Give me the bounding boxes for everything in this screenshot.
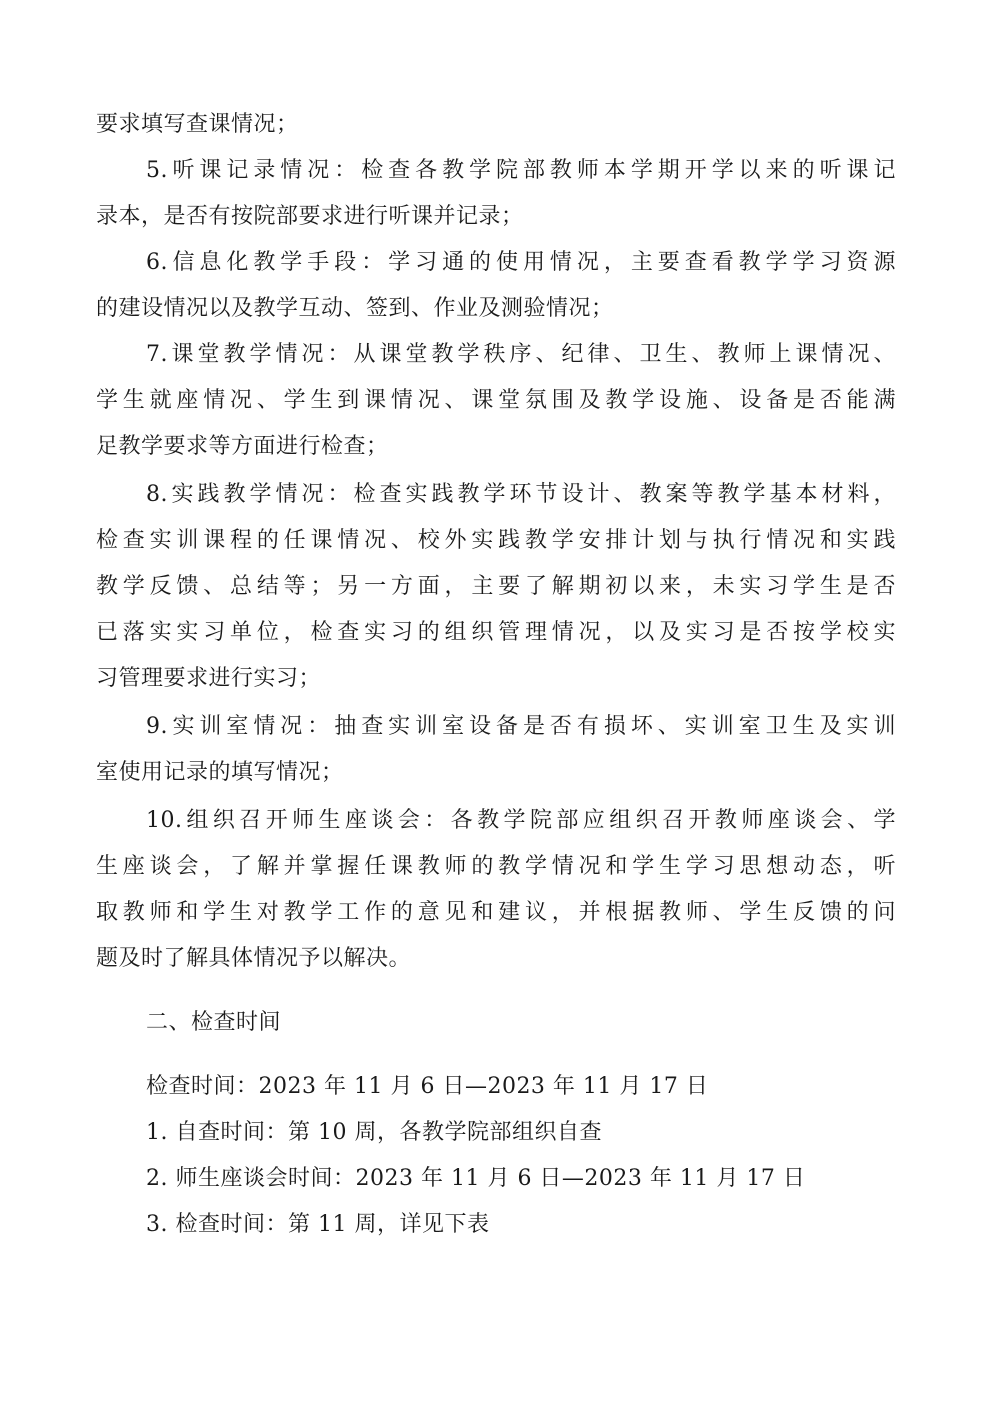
forum-time: 2. 师生座谈会时间：2023 年 11 月 6 日—2023 年 11 月 1… (146, 1164, 906, 1194)
text-line: 要求填写查课情况； (96, 110, 896, 140)
inspection-period: 检查时间：2023 年 11 月 6 日—2023 年 11 月 17 日 (146, 1072, 906, 1102)
text-line: 足教学要求等方面进行检查； (96, 432, 896, 462)
text-line: 检查实训课程的任课情况、校外实践教学安排计划与执行情况和实践 (96, 526, 896, 556)
text-line: 室使用记录的填写情况； (96, 758, 896, 788)
document-page: 要求填写查课情况； 5.听课记录情况：检查各教学院部教师本学期开学以来的听课记 … (0, 0, 992, 1403)
list-item-7: 7.课堂教学情况：从课堂教学秩序、纪律、卫生、教师上课情况、 (146, 340, 896, 370)
text-line: 录本，是否有按院部要求进行听课并记录； (96, 202, 896, 232)
list-item-9: 9.实训室情况：抽查实训室设备是否有损坏、实训室卫生及实训 (146, 712, 896, 742)
list-item-8: 8.实践教学情况：检查实践教学环节设计、教案等教学基本材料， (146, 480, 896, 510)
text-line: 已落实实习单位，检查实习的组织管理情况，以及实习是否按学校实 (96, 618, 896, 648)
list-item-6: 6.信息化教学手段：学习通的使用情况，主要查看教学学习资源 (146, 248, 896, 278)
text-line: 生座谈会，了解并掌握任课教师的教学情况和学生学习思想动态，听 (96, 852, 896, 882)
text-line: 学生就座情况、学生到课情况、课堂氛围及教学设施、设备是否能满 (96, 386, 896, 416)
text-line: 教学反馈、总结等；另一方面，主要了解期初以来，未实习学生是否 (96, 572, 896, 602)
check-time: 3. 检查时间：第 11 周，详见下表 (146, 1210, 906, 1240)
self-check-time: 1. 自查时间：第 10 周，各教学院部组织自查 (146, 1118, 906, 1148)
text-line: 的建设情况以及教学互动、签到、作业及测验情况； (96, 294, 896, 324)
text-line: 习管理要求进行实习； (96, 664, 896, 694)
section-heading: 二、检查时间 (146, 1008, 546, 1038)
text-line: 题及时了解具体情况予以解决。 (96, 944, 896, 974)
list-item-5: 5.听课记录情况：检查各教学院部教师本学期开学以来的听课记 (146, 156, 896, 186)
list-item-10: 10.组织召开师生座谈会：各教学院部应组织召开教师座谈会、学 (146, 806, 896, 836)
text-line: 取教师和学生对教学工作的意见和建议，并根据教师、学生反馈的问 (96, 898, 896, 928)
